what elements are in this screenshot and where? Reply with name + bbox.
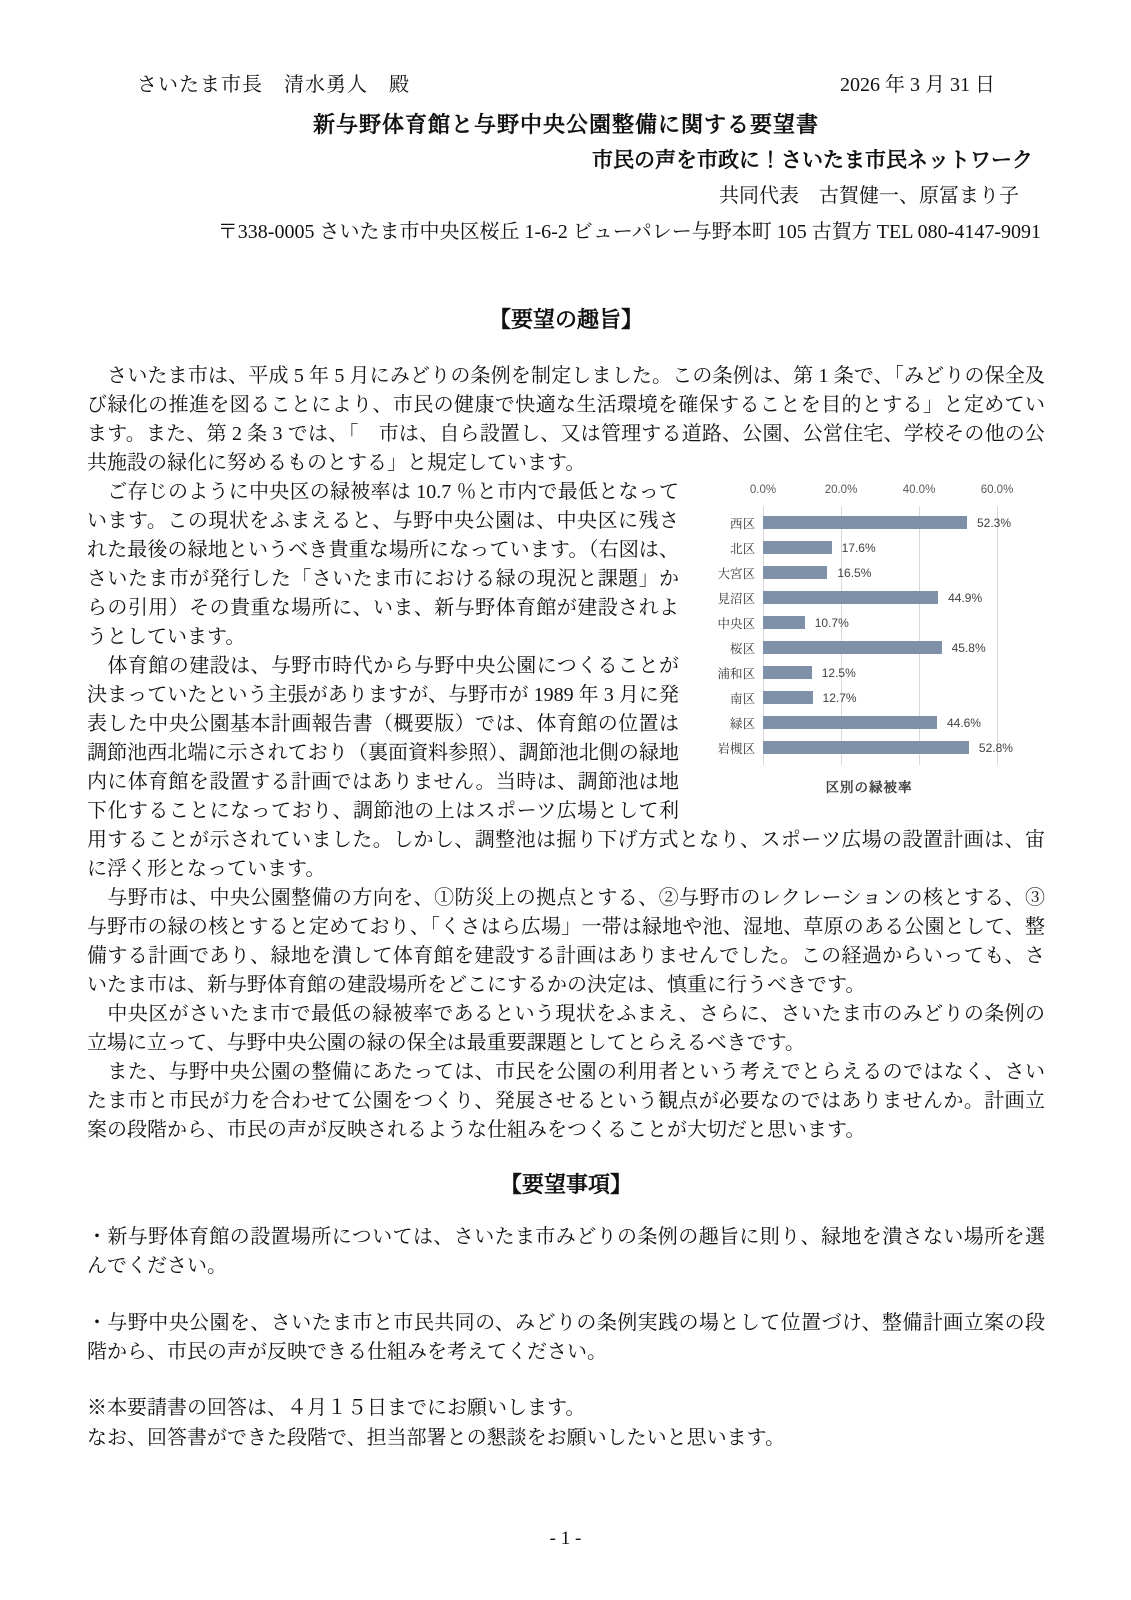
chart-caption: 区別の緑被率 bbox=[693, 776, 1045, 796]
request-item-1: ・新与野体育館の設置場所については、さいたま市みどりの条例の趣旨に則り、緑地を潰… bbox=[87, 1223, 1045, 1281]
chart-x-axis: 0.0%20.0%40.0%60.0% bbox=[693, 484, 1045, 504]
document-title: 新与野体育館と与野中央公園整備に関する要望書 bbox=[87, 110, 1045, 140]
chart-value-label: 16.5% bbox=[837, 566, 871, 580]
chart-category-label: 岩槻区 bbox=[693, 739, 763, 757]
purpose-paragraph-4: 与野市は、中央公園整備の方向を、①防災上の拠点とする、②与野市のレクレーションの… bbox=[87, 884, 1045, 1000]
chart-category-label: 見沼区 bbox=[693, 589, 763, 607]
chart-row: 浦和区12.5% bbox=[693, 660, 1045, 685]
purpose-paragraph-1: さいたま市は、平成 5 年 5 月にみどりの条例を制定しました。この条例は、第 … bbox=[87, 362, 1045, 478]
chart-plot-area: 西区52.3%北区17.6%大宮区16.5%見沼区44.9%中央区10.7%桜区… bbox=[693, 510, 1045, 760]
chart-row: 中央区10.7% bbox=[693, 610, 1045, 635]
document-date: 2026 年 3 月 31 日 bbox=[840, 72, 995, 98]
recipient-line: さいたま市長 清水勇人 殿 bbox=[137, 72, 410, 98]
chart-row: 南区12.7% bbox=[693, 685, 1045, 710]
chart-bar bbox=[763, 541, 832, 554]
chart-axis-tick: 0.0% bbox=[750, 484, 776, 496]
purpose-body: さいたま市は、平成 5 年 5 月にみどりの条例を制定しました。この条例は、第 … bbox=[87, 362, 1045, 1145]
chart-row: 大宮区16.5% bbox=[693, 560, 1045, 585]
chart-bar bbox=[763, 516, 967, 529]
chart-bar bbox=[763, 616, 805, 629]
chart-bar bbox=[763, 691, 813, 704]
chart-row: 岩槻区52.8% bbox=[693, 735, 1045, 760]
representatives-line: 共同代表 古賀健一、原冨まり子 bbox=[87, 183, 1045, 210]
chart-value-label: 44.9% bbox=[948, 591, 982, 605]
chart-row: 北区17.6% bbox=[693, 535, 1045, 560]
chart-bar bbox=[763, 566, 827, 579]
chart-category-label: 桜区 bbox=[693, 639, 763, 657]
note-meeting: なお、回答書ができた段階で、担当部署との懇談をお願いしたいと思います。 bbox=[87, 1423, 1045, 1453]
document-page: さいたま市長 清水勇人 殿 2026 年 3 月 31 日 新与野体育館と与野中… bbox=[0, 0, 1131, 1600]
chart-category-label: 大宮区 bbox=[693, 564, 763, 582]
chart-category-label: 緑区 bbox=[693, 714, 763, 732]
chart-bar bbox=[763, 716, 937, 729]
chart-value-label: 17.6% bbox=[842, 541, 876, 555]
chart-category-label: 北区 bbox=[693, 539, 763, 557]
section-heading-requests: 【要望事項】 bbox=[87, 1169, 1045, 1201]
section-heading-purpose: 【要望の趣旨】 bbox=[87, 304, 1045, 336]
organization-name: 市民の声を市政に！さいたま市民ネットワーク bbox=[87, 147, 1045, 175]
chart-axis-tick: 60.0% bbox=[981, 484, 1014, 496]
text-with-chart: 0.0%20.0%40.0%60.0% 西区52.3%北区17.6%大宮区16.… bbox=[87, 478, 1045, 884]
chart-row: 見沼区44.9% bbox=[693, 585, 1045, 610]
chart-axis-tick: 20.0% bbox=[825, 484, 858, 496]
chart-category-label: 浦和区 bbox=[693, 664, 763, 682]
page-number: - 1 - bbox=[0, 1528, 1131, 1550]
chart-value-label: 45.8% bbox=[952, 641, 986, 655]
chart-row: 緑区44.6% bbox=[693, 710, 1045, 735]
notes-block: ※本要請書の回答は、４月１５日までにお願いします。 なお、回答書ができた段階で、… bbox=[87, 1393, 1045, 1453]
chart-category-label: 西区 bbox=[693, 514, 763, 532]
note-deadline: ※本要請書の回答は、４月１５日までにお願いします。 bbox=[87, 1393, 1045, 1423]
chart-value-label: 12.7% bbox=[823, 691, 857, 705]
chart-value-label: 52.3% bbox=[977, 516, 1011, 530]
purpose-paragraph-6: また、与野中央公園の整備にあたっては、市民を公園の利用者という考えでとらえるので… bbox=[87, 1058, 1045, 1145]
chart-row: 桜区45.8% bbox=[693, 635, 1045, 660]
address-line: 〒338-0005 さいたま市中央区桜丘 1-6-2 ビューパレー与野本町 10… bbox=[87, 219, 1045, 246]
requests-body: ・新与野体育館の設置場所については、さいたま市みどりの条例の趣旨に則り、緑地を潰… bbox=[87, 1223, 1045, 1367]
document-header: さいたま市長 清水勇人 殿 2026 年 3 月 31 日 bbox=[87, 72, 1045, 98]
chart-bar bbox=[763, 591, 938, 604]
green-coverage-chart: 0.0%20.0%40.0%60.0% 西区52.3%北区17.6%大宮区16.… bbox=[693, 484, 1045, 796]
chart-bar bbox=[763, 741, 969, 754]
chart-value-label: 10.7% bbox=[815, 616, 849, 630]
chart-axis-tick: 40.0% bbox=[903, 484, 936, 496]
chart-value-label: 52.8% bbox=[979, 741, 1013, 755]
request-item-2: ・与野中央公園を、さいたま市と市民共同の、みどりの条例実践の場として位置づけ、整… bbox=[87, 1309, 1045, 1367]
chart-category-label: 中央区 bbox=[693, 614, 763, 632]
chart-bar bbox=[763, 666, 812, 679]
chart-bar bbox=[763, 641, 942, 654]
chart-category-label: 南区 bbox=[693, 689, 763, 707]
chart-row: 西区52.3% bbox=[693, 510, 1045, 535]
chart-value-label: 12.5% bbox=[822, 666, 856, 680]
purpose-paragraph-5: 中央区がさいたま市で最低の緑被率であるという現状をふまえ、さらに、さいたま市のみ… bbox=[87, 1000, 1045, 1058]
chart-value-label: 44.6% bbox=[947, 716, 981, 730]
